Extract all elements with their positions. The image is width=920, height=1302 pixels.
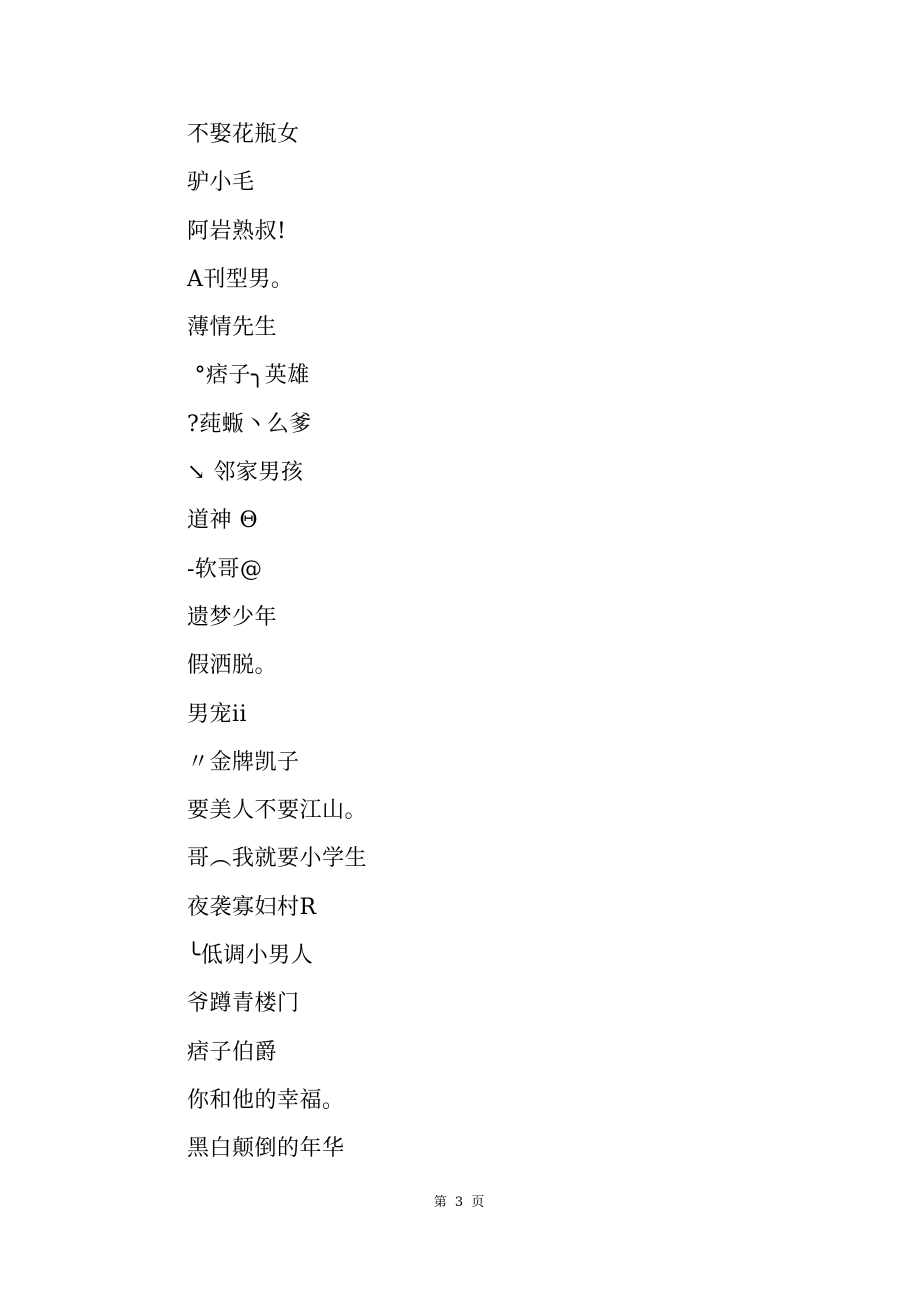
list-item: 〃金牌凯子 — [187, 746, 367, 794]
list-item: 不娶花瓶女 — [187, 118, 367, 166]
list-item: 道神 Θ — [187, 504, 367, 552]
list-item: 爷蹲青楼门 — [187, 987, 367, 1035]
document-page: 不娶花瓶女 驴小毛 阿岩熟叔! A刊型男。 薄情先生 °痞子╮英雄 ?莼蝂丶么爹… — [0, 0, 920, 1302]
list-item: 哥︵我就要小学生 — [187, 842, 367, 890]
list-item: -软哥@ — [187, 553, 367, 601]
list-item: 驴小毛 — [187, 166, 367, 214]
list-item: 你和他的幸福。 — [187, 1084, 367, 1132]
list-item: 遗梦少年 — [187, 601, 367, 649]
list-item: 阿岩熟叔! — [187, 215, 367, 263]
list-item: 黑白颠倒的年华 — [187, 1132, 367, 1180]
list-item: ╰低调小男人 — [187, 939, 367, 987]
page-number: 第 3 页 — [0, 1191, 920, 1210]
list-item: A刊型男。 — [187, 263, 367, 311]
list-item: 痞子伯爵 — [187, 1036, 367, 1084]
list-item: ?莼蝂丶么爹 — [187, 408, 367, 456]
list-item: 薄情先生 — [187, 311, 367, 359]
list-item: °痞子╮英雄 — [187, 359, 367, 407]
list-item: ↘ 邻家男孩 — [187, 456, 367, 504]
list-item: 假洒脱。 — [187, 649, 367, 697]
list-item: 男宠ii — [187, 698, 367, 746]
list-item: 要美人不要江山。 — [187, 794, 367, 842]
nickname-list: 不娶花瓶女 驴小毛 阿岩熟叔! A刊型男。 薄情先生 °痞子╮英雄 ?莼蝂丶么爹… — [187, 118, 367, 1181]
list-item: 夜袭寡妇村R — [187, 891, 367, 939]
